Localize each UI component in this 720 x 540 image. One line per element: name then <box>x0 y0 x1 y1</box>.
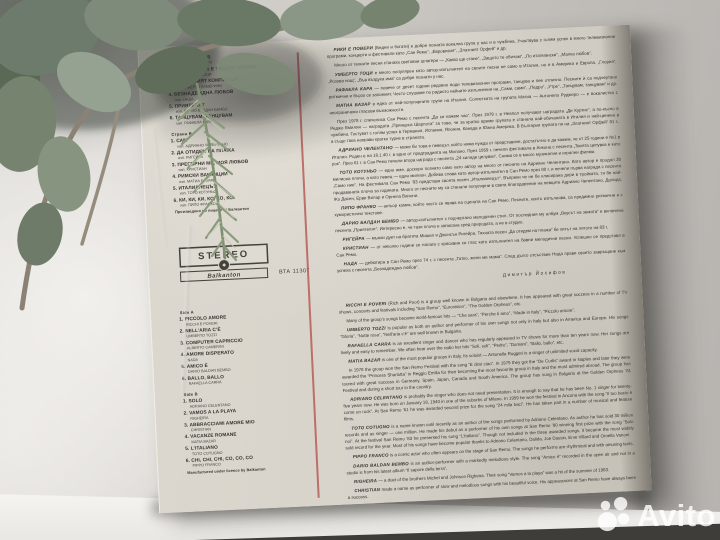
tracklist-side-b-bg: 1. САМизп. АДРИАНО ЧЕЛЕНТАНО2. ДА ОТИДЕМ… <box>171 133 302 208</box>
artist-name-lead: РАФАЕЛА КАРА <box>335 86 374 93</box>
product-photo: Страна А 1. МАЛКА ЛЮБОВизп. РИКИ Е ПОВЕР… <box>0 0 720 540</box>
artist-name-lead: PIPPO FRANCO <box>353 453 390 460</box>
paper-crease <box>153 127 167 247</box>
record-sleeve-back: Страна А 1. МАЛКА ЛЮБОВизп. РИКИ Е ПОВЕР… <box>137 25 651 514</box>
english-side-a-block: Side A 1. PICCOLO AMORERICCHI E POVERI2.… <box>179 305 311 389</box>
artist-name-lead: CHRISTIAN <box>354 487 381 493</box>
artist-name-lead: ТОТО КОТУНЬО <box>339 168 378 175</box>
author-signature-bg: Димитър Йосифов <box>503 269 567 277</box>
artist-name-lead: МАТИА БАЗАР <box>336 102 373 109</box>
tracklist-side-a-en: 1. PICCOLO AMORERICCHI E POVERI2. NELL’A… <box>179 311 310 386</box>
artist-name-lead: ПИПО ФРАНКО <box>341 204 378 211</box>
artist-name-lead: РИКИ Е ПОВЕРИ <box>333 45 374 52</box>
artist-name-lead: КРИСТИАН <box>343 245 371 251</box>
avito-wordmark: Avito <box>637 500 716 531</box>
artist-name-lead: УМБЕРТО ТОЦИ <box>335 70 375 77</box>
liner-notes-column: РИКИ Е ПОВЕРИ (Бедни и богати) е добре п… <box>326 33 636 500</box>
artist-name-lead: TOTO COTUGNO <box>351 424 391 431</box>
bulgarian-side-b-block: Страна В 1. САМизп. АДРИАНО ЧЕЛЕНТАНО2. … <box>170 126 302 214</box>
avito-watermark: Avito <box>595 496 716 534</box>
balkanton-logo: STEREO Balkanton ВТА 11307 <box>179 242 303 280</box>
artist-name-lead: НАДА <box>344 261 360 267</box>
avito-logo-icon <box>595 496 633 534</box>
sleeve-surface: Страна А 1. МАЛКА ЛЮБОВизп. РИКИ Е ПОВЕР… <box>138 25 651 514</box>
liner-notes-en: RICCHI E POVERI (Rich and Poor) is a gro… <box>339 289 637 501</box>
bulgarian-side-a-block: Страна А 1. МАЛКА ЛЮБОВизп. РИКИ Е ПОВЕР… <box>166 44 298 128</box>
artist-name-lead: MATIA BAZAR <box>348 357 382 364</box>
liner-notes-bg: РИКИ Е ПОВЕРИ (Бедни и богати) е добре п… <box>326 33 626 277</box>
artist-name-lead: UMBERTO TOZZI <box>347 325 388 332</box>
artist-name-lead: RAFAELLA CARRA <box>347 341 392 348</box>
tracklist-side-b-en: 1. SOLOADRIANO CELENTANO2. VAMOS A LA PL… <box>183 393 314 468</box>
artist-name-lead: ADRIANO CELENTANO <box>350 394 404 402</box>
artist-name-lead: RICCHI E POVERI <box>346 301 389 308</box>
english-side-b-block: Side B 1. SOLOADRIANO CELENTANO2. VAMOS … <box>183 387 315 475</box>
artist-name-lead: РИГЕЙРА <box>342 236 366 242</box>
artist-name-lead: ДАРИО БАЛДАН БЕМБО <box>342 218 401 226</box>
artist-name-lead: АДРИАНО ЧЕЛЕНТАНО <box>338 145 394 153</box>
artist-name-lead: RIGHEIRA <box>354 478 379 484</box>
artist-name-lead: DARIO BALDAN BEMBO <box>353 461 411 469</box>
tracklist-side-a-bg: 1. МАЛКА ЛЮБОВизп. РИКИ Е ПОВЕРИ2. ВЪВ В… <box>167 51 298 126</box>
stereo-logo-box: STEREO <box>179 244 269 268</box>
catalog-number: ВТА 11307 <box>279 268 310 275</box>
